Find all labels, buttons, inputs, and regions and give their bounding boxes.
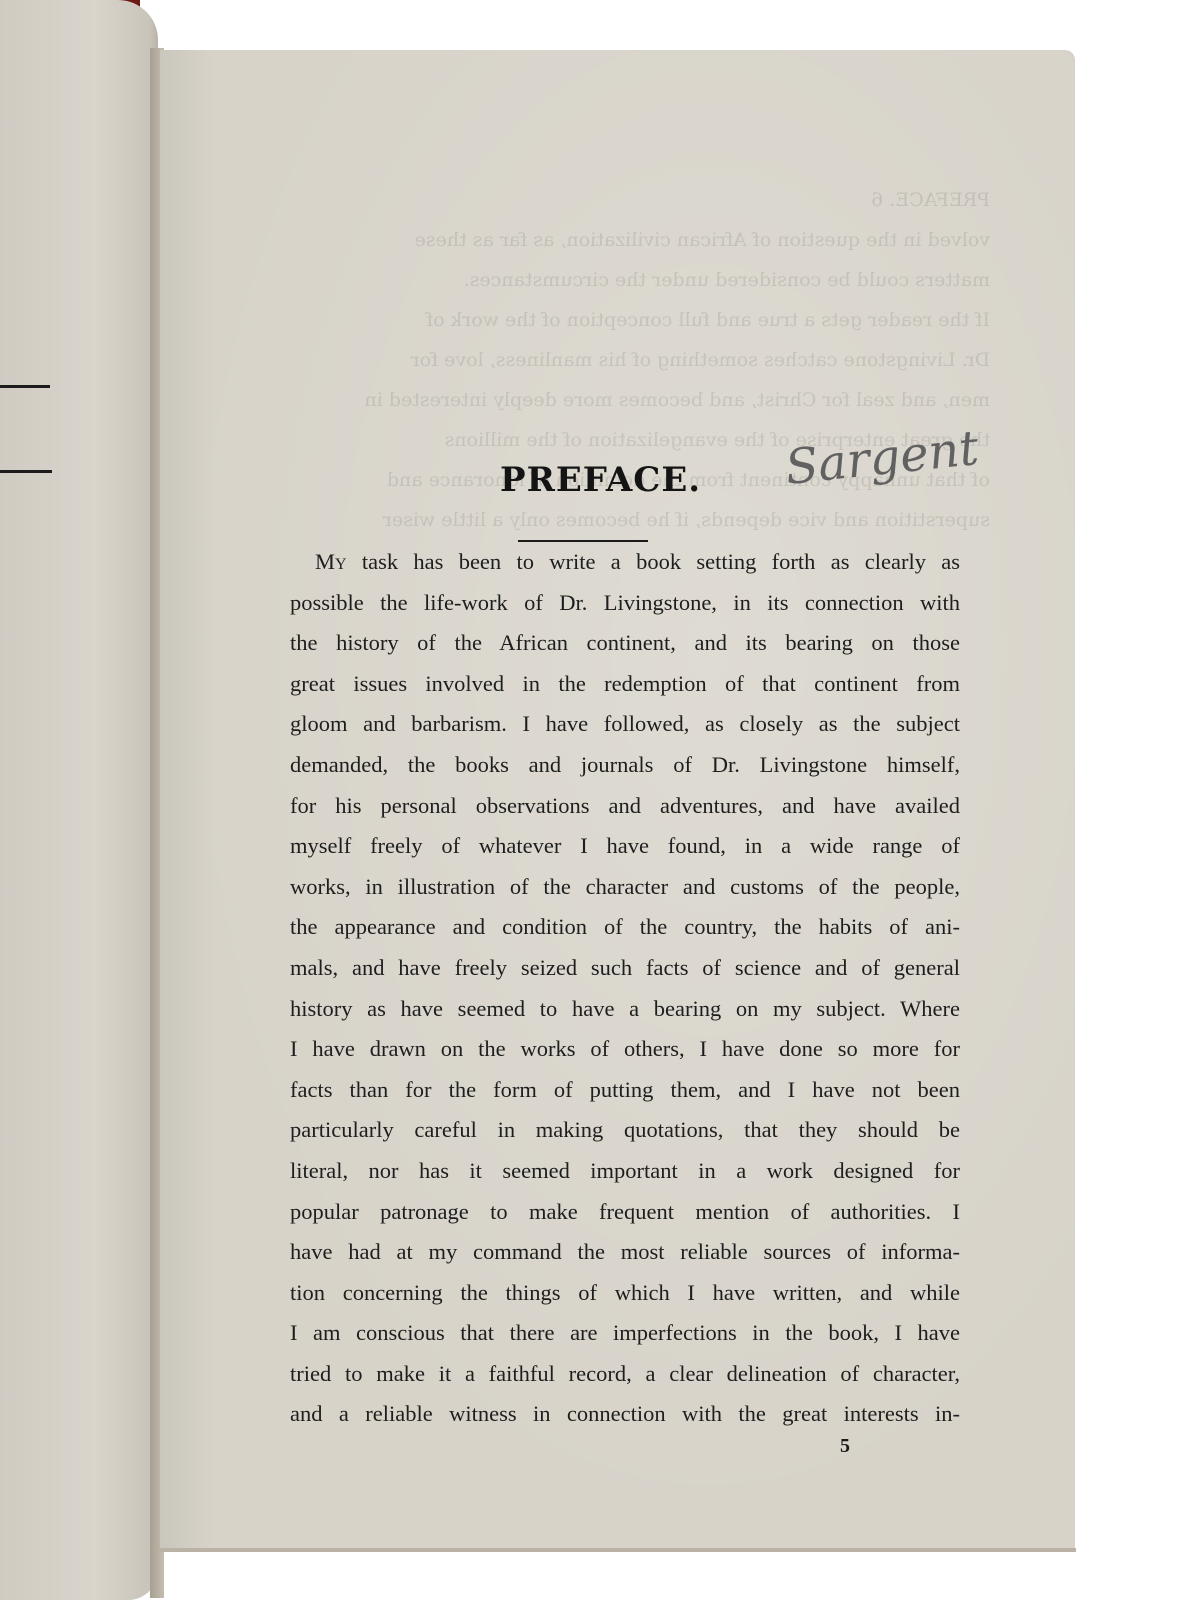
text-line: I have drawn on the works of others, I h… (290, 1029, 960, 1070)
text-line: tried to make it a faithful record, a cl… (290, 1354, 960, 1395)
text-line: I am conscious that there are imperfecti… (290, 1313, 960, 1354)
left-page-rule (0, 470, 52, 473)
page-title: PREFACE. (500, 460, 701, 500)
text-line: facts than for the form of putting them,… (290, 1070, 960, 1111)
bleed-line: men, and zeal for Christ, and becomes mo… (260, 380, 990, 420)
bleed-line: volved in the question of African civili… (260, 220, 990, 260)
text-line: myself freely of whatever I have found, … (290, 826, 960, 867)
bleed-line: PREFACE. 6 (260, 180, 990, 220)
text-line: literal, nor has it seemed important in … (290, 1151, 960, 1192)
preface-body: My task has been to write a book setting… (290, 542, 960, 1435)
page-edge (158, 1548, 1076, 1552)
bleed-line: If the reader gets a true and full conce… (260, 300, 990, 340)
left-page-rule (0, 385, 50, 388)
bleed-line: superstition and vice depends, if he bec… (260, 500, 990, 540)
text-line: the appearance and condition of the coun… (290, 907, 960, 948)
text-line-content: task has been to write a book setting fo… (347, 549, 960, 574)
right-page: PREFACE. 6 volved in the question of Afr… (160, 50, 1075, 1550)
bleed-line: matters could be considered under the ci… (260, 260, 990, 300)
bleed-line: Dr. Livingstone catches something of his… (260, 340, 990, 380)
text-line: works, in illustration of the character … (290, 867, 960, 908)
text-line: and a reliable witness in connection wit… (290, 1394, 960, 1435)
text-line: history as have seemed to have a bearing… (290, 989, 960, 1030)
text-line: demanded, the books and journals of Dr. … (290, 745, 960, 786)
left-page (0, 0, 158, 1600)
page-number: 5 (840, 1435, 850, 1458)
text-line: great issues involved in the redemption … (290, 664, 960, 705)
text-line: My task has been to write a book setting… (290, 542, 960, 583)
text-line: tion concerning the things of which I ha… (290, 1273, 960, 1314)
text-line: for his personal observations and advent… (290, 786, 960, 827)
text-line: possible the life-work of Dr. Livingston… (290, 583, 960, 624)
text-line: particularly careful in making quotation… (290, 1110, 960, 1151)
text-line: the history of the African continent, an… (290, 623, 960, 664)
text-line: gloom and barbarism. I have followed, as… (290, 704, 960, 745)
text-line: mals, and have freely seized such facts … (290, 948, 960, 989)
opening-word: My (315, 549, 347, 574)
text-line: popular patronage to make frequent menti… (290, 1192, 960, 1233)
text-line: have had at my command the most reliable… (290, 1232, 960, 1273)
